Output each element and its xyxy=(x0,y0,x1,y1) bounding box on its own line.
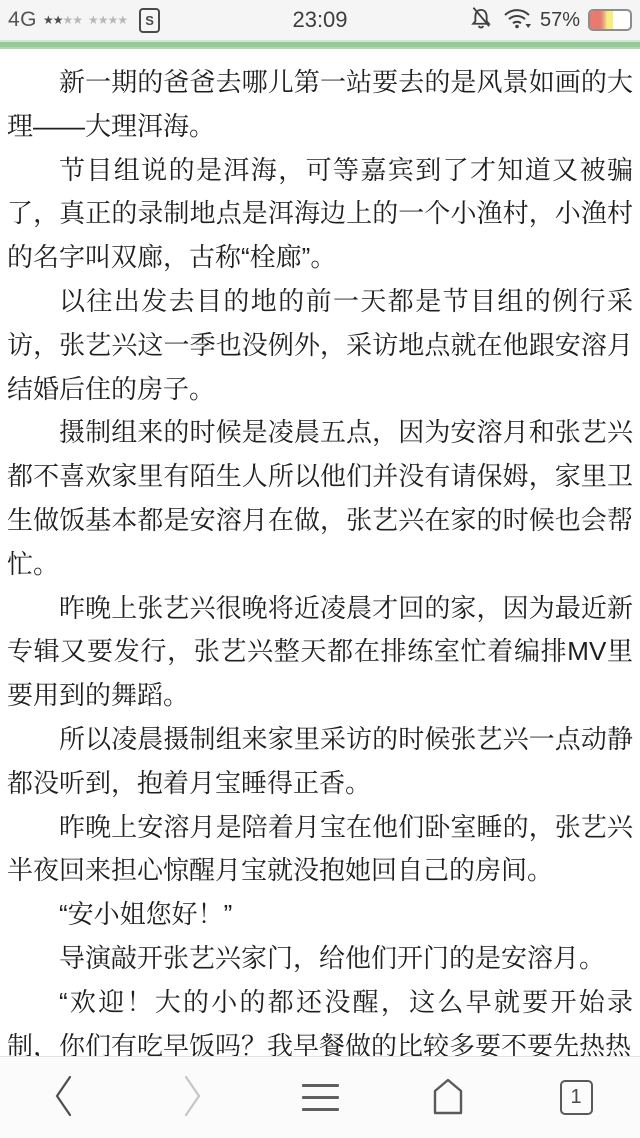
battery-icon xyxy=(588,9,632,31)
forward-button[interactable] xyxy=(128,1057,256,1138)
article-paragraph: “安小姐您好！” xyxy=(7,893,633,937)
article-paragraph: “欢迎！大的小的都还没醒，这么早就要开始录制，你们有吃早饭吗？我早餐做的比较多要… xyxy=(7,981,633,1056)
article-paragraph: 摄制组来的时候是凌晨五点，因为安溶月和张艺兴都不喜欢家里有陌生人所以他们并没有请… xyxy=(7,411,633,586)
article-paragraph: 导演敲开张艺兴家门，给他们开门的是安溶月。 xyxy=(7,937,633,981)
sim-card-icon: S xyxy=(139,8,160,33)
menu-icon xyxy=(302,1084,339,1111)
back-icon xyxy=(52,1074,76,1121)
wifi-icon xyxy=(502,5,532,36)
tab-count-badge: 1 xyxy=(560,1080,593,1115)
sim1-signal-stars: ★★★★ xyxy=(43,14,82,26)
home-icon xyxy=(430,1076,466,1119)
article-content[interactable]: 新一期的爸爸去哪儿第一站要去的是风景如画的大理——大理洱海。 节目组说的是洱海，… xyxy=(0,49,640,1056)
battery-percent-label: 57% xyxy=(540,9,580,32)
muted-bell-icon xyxy=(468,5,494,36)
back-button[interactable] xyxy=(0,1057,128,1138)
sim2-signal-stars: ★★★★ xyxy=(88,14,127,26)
browser-toolbar: 1 xyxy=(0,1056,640,1138)
article-paragraph: 节目组说的是洱海，可等嘉宾到了才知道又被骗了，真正的录制地点是洱海边上的一个小渔… xyxy=(7,149,633,280)
article-paragraph: 所以凌晨摄制组来家里采访的时候张艺兴一点动静都没听到，抱着月宝睡得正香。 xyxy=(7,718,633,806)
menu-button[interactable] xyxy=(256,1057,384,1138)
status-bar: 4G ★★★★ ★★★★ S 23:09 57% xyxy=(0,0,640,40)
article-paragraph: 以往出发去目的地的前一天都是节目组的例行采访，张艺兴这一季也没例外，采访地点就在… xyxy=(7,280,633,411)
forward-icon xyxy=(180,1074,204,1121)
article-paragraph: 昨晚上张艺兴很晚将近凌晨才回的家，因为最近新专辑又要发行，张艺兴整天都在排练室忙… xyxy=(7,587,633,718)
network-type-label: 4G xyxy=(8,8,37,32)
page-load-progress-bar xyxy=(0,40,640,49)
home-button[interactable] xyxy=(384,1057,512,1138)
article-paragraph: 昨晚上安溶月是陪着月宝在他们卧室睡的，张艺兴半夜回来担心惊醒月宝就没抱她回自己的… xyxy=(7,806,633,894)
tabs-button[interactable]: 1 xyxy=(512,1057,640,1138)
article-paragraph: 新一期的爸爸去哪儿第一站要去的是风景如画的大理——大理洱海。 xyxy=(7,61,633,149)
